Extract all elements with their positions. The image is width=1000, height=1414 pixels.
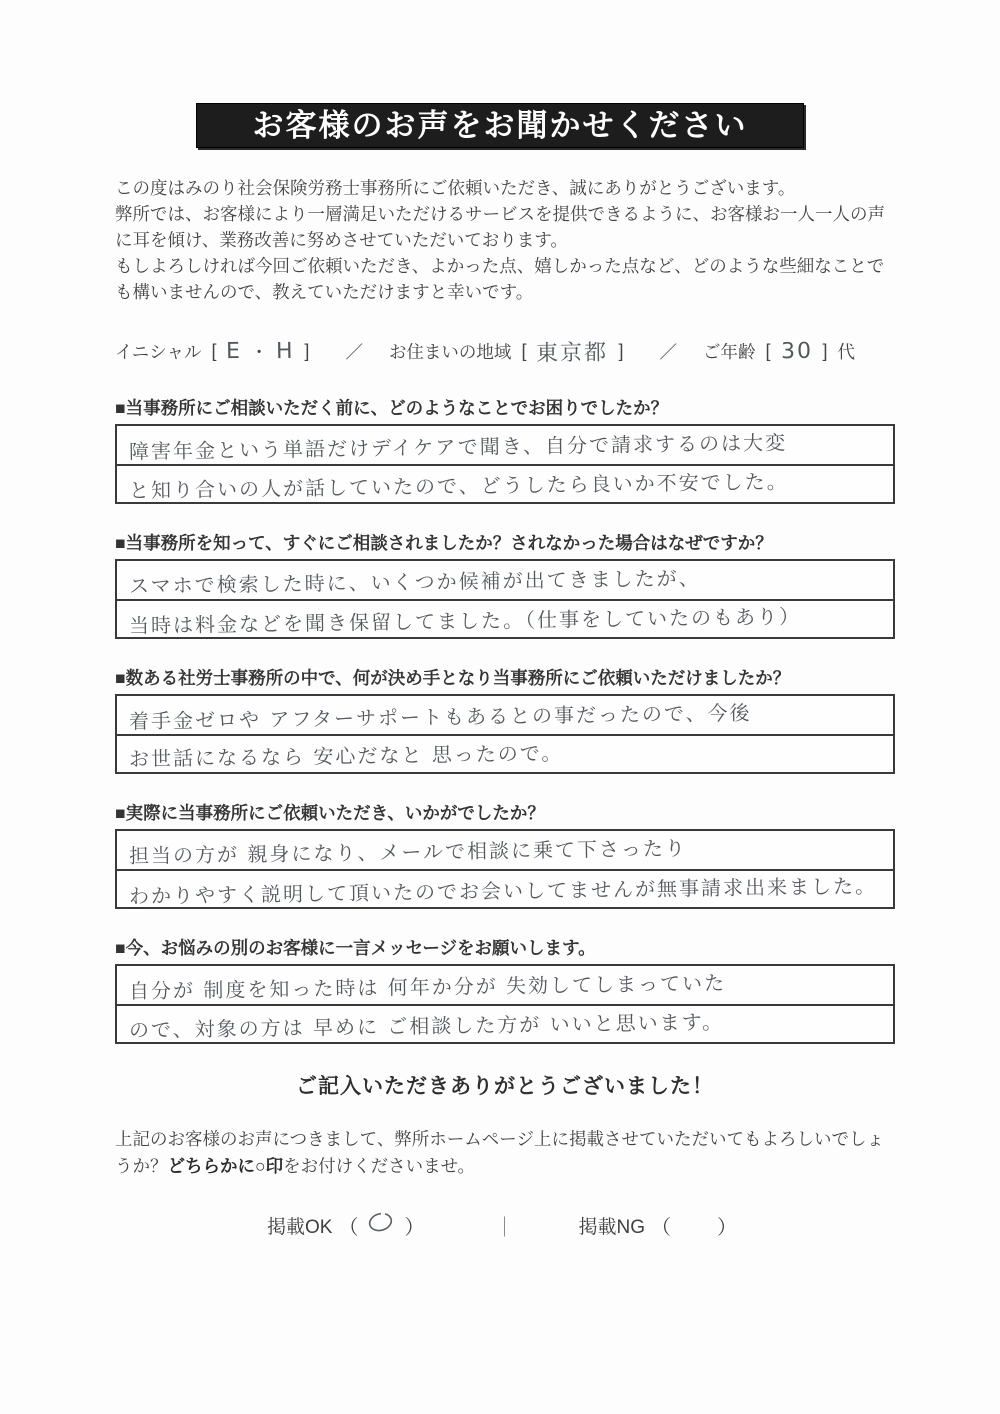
form-title-banner: お客様のお声をお聞かせください — [196, 103, 804, 148]
question-label: ■当事務所にご相談いただく前に、どのようなことでお困りでしたか？ — [115, 396, 895, 420]
answer-box: 着手金ゼロや アフターサポートもあるとの事だったので、今後 お世話になるなら 安… — [115, 694, 895, 774]
answer-box: 自分が 制度を知った時は 何年か分が 失効してしまっていた ので、対象の方は 早… — [115, 964, 895, 1044]
initial-separator: ・ — [250, 339, 268, 364]
slash-divider: ／ — [659, 339, 677, 364]
profile-line: イニシャル [ E ・ H ] ／ お住まいの地域 [ 東京都 ] ／ ご年齢 … — [115, 333, 895, 369]
paren-close: ） — [404, 1211, 424, 1240]
handwritten-answer-line: 当時は料金などを聞き保留してました。（仕事をしていたのもあり） — [129, 600, 801, 638]
intro-text: この度はみのり社会保険労務士事務所にご依頼いただき、誠にありがとうございます。 … — [115, 175, 895, 305]
paren-open: （ — [338, 1211, 358, 1240]
answer-box: 障害年金という単語だけデイケアで聞き、自分で請求するのは大変 と知り合いの人が話… — [115, 424, 895, 504]
region-value: 東京都 — [536, 335, 608, 367]
permission-text-tail: をお付けくださいませ。 — [283, 1156, 475, 1176]
answer-box: 担当の方が 親身になり、メールで相談に乗て下さったり わかりやすく説明して頂いた… — [115, 829, 895, 909]
publish-choice-line: 掲載OK （ ） ｜ 掲載NG （ ） — [115, 1210, 895, 1240]
question-block-5: ■今、お悩みの別のお客様に一言メッセージをお願いします。 自分が 制度を知った時… — [115, 936, 895, 1044]
handwritten-answer-line: 障害年金という単語だけデイケアで聞き、自分で請求するのは大変 — [129, 426, 787, 464]
permission-text: 上記のお客様のお声につきまして、弊所ホームページ上に掲載させていただいてもよろし… — [115, 1126, 895, 1180]
paren-close: ） — [717, 1211, 737, 1240]
initial-value-last: H — [276, 338, 295, 363]
question-label: ■数ある社労士事務所の中で、何が決め手となり当事務所にご依頼いただけましたか？ — [115, 666, 895, 690]
publish-ok-option: 掲載OK （ ） — [267, 1210, 430, 1240]
age-label: ご年齢 — [703, 339, 756, 364]
paren-open: （ — [651, 1211, 671, 1240]
bracket-close: ] — [618, 341, 623, 362]
form-content: この度はみのり社会保険労務士事務所にご依頼いただき、誠にありがとうございます。 … — [115, 175, 895, 1240]
publish-ok-label: 掲載OK — [267, 1212, 332, 1239]
question-label: ■当事務所を知って、すぐにご相談されましたか？されなかった場合はなぜですか？ — [115, 531, 895, 555]
handwritten-answer-line: スマホで検索した時に、いくつか候補が出てきましたが、 — [129, 562, 701, 599]
bracket-close: ] — [304, 341, 309, 362]
bracket-open: [ — [521, 341, 526, 362]
handwritten-answer-line: お世話になるなら 安心だなと 思ったので。 — [129, 736, 564, 771]
question-label: ■今、お悩みの別のお客様に一言メッセージをお願いします。 — [115, 936, 895, 960]
age-suffix: 代 — [838, 339, 856, 364]
handwritten-answer-line: ので、対象の方は 早めに ご相談した方が いいと思います。 — [129, 1005, 724, 1042]
answer-box: スマホで検索した時に、いくつか候補が出てきましたが、 当時は料金などを聞き保留し… — [115, 559, 895, 639]
handwritten-answer-line: 着手金ゼロや アフターサポートもあるとの事だったので、今後 — [129, 696, 752, 734]
bracket-open: [ — [765, 341, 770, 362]
handwritten-circle-mark — [364, 1208, 399, 1243]
region-label: お住まいの地域 — [389, 339, 512, 364]
question-block-3: ■数ある社労士事務所の中で、何が決め手となり当事務所にご依頼いただけましたか？ … — [115, 666, 895, 774]
initial-value-first: E — [226, 338, 242, 363]
scanned-feedback-form: お客様のお声をお聞かせください この度はみのり社会保険労務士事務所にご依頼いただ… — [0, 0, 1000, 1414]
handwritten-answer-line: と知り合いの人が話していたので、どうしたら良いか不安でした。 — [129, 465, 789, 503]
bracket-open: [ — [211, 341, 216, 362]
thanks-message: ご記入いただきありがとうございました！ — [115, 1070, 895, 1100]
publish-ng-label: 掲載NG — [578, 1212, 645, 1239]
slash-divider: ／ — [345, 339, 363, 364]
vertical-divider: ｜ — [494, 1211, 514, 1240]
permission-text-emphasis: どちらかに○印 — [168, 1156, 284, 1176]
question-block-4: ■実際に当事務所にご依頼いただき、いかがでしたか？ 担当の方が 親身になり、メー… — [115, 801, 895, 909]
bracket-close: ] — [823, 341, 828, 362]
handwritten-answer-line: 自分が 制度を知った時は 何年か分が 失効してしまっていた — [129, 966, 726, 1003]
handwritten-answer-line: わかりやすく説明して頂いたのでお会いしてませんが無事請求出来ました。 — [129, 869, 877, 908]
question-label: ■実際に当事務所にご依頼いただき、いかがでしたか？ — [115, 801, 895, 825]
handwritten-answer-line: 担当の方が 親身になり、メールで相談に乗て下さったり — [129, 832, 687, 869]
publish-ng-option: 掲載NG （ ） — [578, 1211, 743, 1240]
initial-label: イニシャル — [115, 339, 201, 364]
question-block-1: ■当事務所にご相談いただく前に、どのようなことでお困りでしたか？ 障害年金という… — [115, 396, 895, 504]
question-block-2: ■当事務所を知って、すぐにご相談されましたか？されなかった場合はなぜですか？ ス… — [115, 531, 895, 639]
form-title: お客様のお声をお聞かせください — [253, 108, 748, 143]
age-value: 30 — [780, 338, 812, 363]
